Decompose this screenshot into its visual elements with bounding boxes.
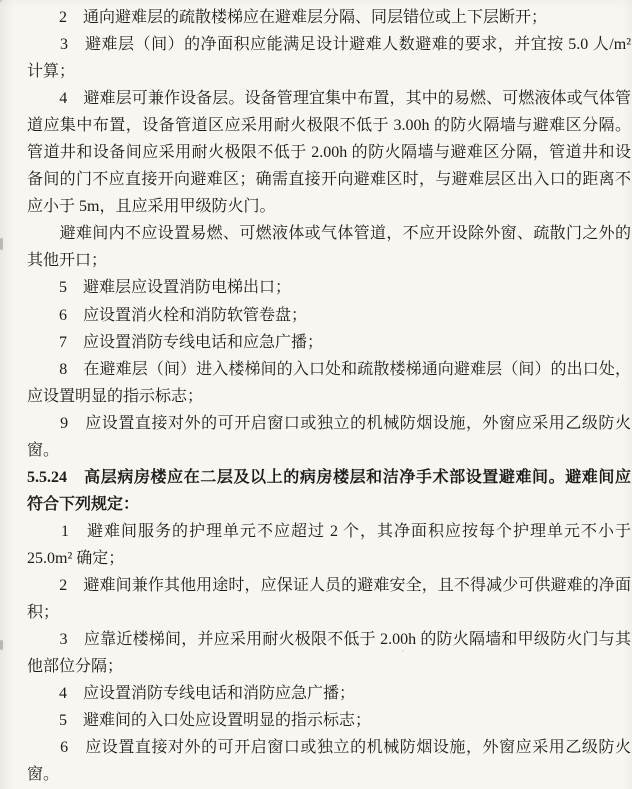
text-line: 4 应设置消防专线电话和消防应急广播； [27,680,631,707]
text-line: 5.5.24 高层病房楼应在二层及以上的病房楼层和洁净手术部设置避难间。避难间应 [27,464,631,491]
text-line: 窗。 [27,437,631,464]
text-line: 6 应设置直接对外的可开启窗口或独立的机械防烟设施，外窗应采用乙级防火 [27,734,631,761]
document-text: 2 通向避难层的疏散楼梯应在避难层分隔、同层错位或上下层断开； 3 避难层（间）… [27,4,631,788]
text-line: 8 在避难层（间）进入楼梯间的入口处和疏散楼梯通向避难层（间）的出口处， [27,356,631,383]
text-line: 道应集中布置，设备管道区应采用耐火极限不低于 3.00h 的防火隔墙与避难区分隔… [27,112,631,139]
text-line: 2 通向避难层的疏散楼梯应在避难层分隔、同层错位或上下层断开； [27,4,631,31]
text-line: 4 避难层可兼作设备层。设备管理宜集中布置，其中的易燃、可燃液体或气体管 [27,85,631,112]
text-line: 应设置明显的指示标志； [27,383,631,410]
scan-speck [0,0,2,2]
scan-edge-artifact [0,238,3,250]
text-line: 1 避难间服务的护理单元不应超过 2 个，其净面积应按每个护理单元不小于 [27,518,631,545]
text-line: 25.0m² 确定； [27,545,631,572]
text-line: 其他开口； [27,247,631,274]
text-line: 3 避难层（间）的净面积应能满足设计避难人数避难的要求，并宜按 5.0 人/m² [27,31,631,58]
text-line: 避难间内不应设置易燃、可燃液体或气体管道，不应开设除外窗、疏散门之外的 [27,220,631,247]
text-line: 6 应设置消火栓和消防软管卷盘； [27,302,631,329]
text-line: 5 避难间的入口处应设置明显的指示标志； [27,707,631,734]
text-line: 应小于 5m，且应采用甲级防火门。 [27,193,631,220]
text-line: 备间的门不应直接开向避难区；确需直接开向避难区时，与避难层区出入口的距离不 [27,166,631,193]
text-line: 3 应靠近楼梯间，并应采用耐火极限不低于 2.00h 的防火隔墙和甲级防火门与其 [27,626,631,653]
text-line: 9 应设置直接对外的可开启窗口或独立的机械防烟设施，外窗应采用乙级防火 [27,410,631,437]
text-line: 2 避难间兼作其他用途时，应保证人员的避难安全，且不得减少可供避难的净面 [27,572,631,599]
text-line: 符合下列规定： [27,491,631,518]
document-page: 2 通向避难层的疏散楼梯应在避难层分隔、同层错位或上下层断开； 3 避难层（间）… [0,0,632,789]
text-line: 计算； [27,58,631,85]
text-line: 5 避难层应设置消防电梯出口； [27,274,631,301]
text-line: 窗。 [27,761,631,788]
text-line: 积； [27,599,631,626]
scan-edge-artifact [0,640,3,650]
text-line: 7 应设置消防专线电话和应急广播； [27,329,631,356]
text-line: 管道井和设备间应采用耐火极限不低于 2.00h 的防火隔墙与避难区分隔，管道井和… [27,139,631,166]
text-line: 他部位分隔； [27,653,631,680]
